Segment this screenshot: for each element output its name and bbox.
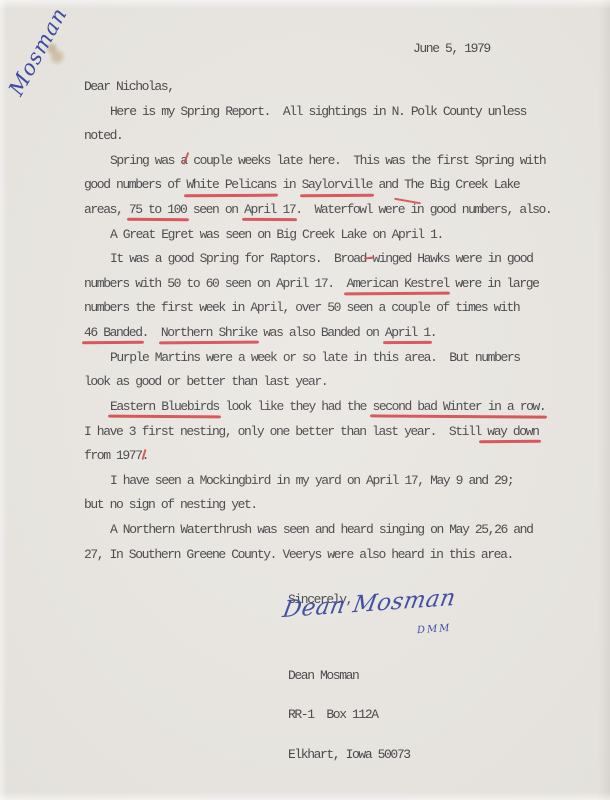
letter-line: A Northern Waterthrush was seen and hear… — [84, 522, 554, 547]
typed-text: were in large — [449, 276, 539, 291]
salutation: Dear Nicholas, — [84, 79, 174, 94]
letter-body: Here is my Spring Report. All sightings … — [84, 104, 554, 572]
typed-text: but no sign of nesting yet. — [84, 497, 257, 512]
typed-text: . — [142, 325, 161, 340]
letter-line: 27, In Southern Greene County. Veerys we… — [84, 547, 554, 572]
letter-line: It was a good Spring for Raptors. Broad-… — [84, 251, 554, 276]
typed-text: noted. — [84, 128, 122, 143]
typed-text: I have seen a Mockingbird in my yard on … — [110, 473, 513, 488]
typed-text: A Great Egret was seen on Big Creek Lake… — [110, 227, 443, 242]
letter-line: 46 Banded. Northern Shrike was also Band… — [84, 325, 554, 350]
red-underlined-text: way down — [481, 424, 539, 439]
sender-address-line1: RR-1 Box 112A — [288, 708, 410, 721]
letter-line: numbers the first week in April, over 50… — [84, 300, 554, 325]
letter-line: numbers with 50 to 60 seen on April 17. … — [84, 276, 554, 301]
typed-text: A Northern Waterthrush was seen and hear… — [110, 522, 532, 537]
red-underlined-text: April 1 — [385, 325, 430, 340]
letter-line: areas, 75 to 100 seen on April 17. Water… — [84, 202, 554, 227]
typed-text: look like they had the — [219, 399, 373, 414]
typed-text: in — [276, 177, 302, 192]
signature-initials: DMM — [417, 623, 452, 636]
typed-text: seen on — [186, 202, 244, 217]
typed-text: couple weeks late here. This was the fir… — [187, 153, 545, 168]
letter-line: look as good or better than last year. — [84, 374, 554, 399]
corner-handwritten-name: Mosman — [4, 3, 72, 99]
letter-line: Spring was a couple weeks late here. Thi… — [84, 153, 554, 178]
typed-text: winged Hawks were in good — [372, 251, 532, 266]
red-underlined-text: American Kestrel — [346, 276, 448, 291]
sender-address-block: Dean Mosman RR-1 Box 112A Elkhart, Iowa … — [288, 642, 410, 788]
sender-name: Dean Mosman — [288, 669, 410, 682]
typed-text: 27, In Southern Greene County. Veerys we… — [84, 547, 513, 562]
letter-line: good numbers of White Pelicans in Saylor… — [84, 177, 554, 202]
letter-line: Purple Martins were a week or so late in… — [84, 350, 554, 375]
letter-line: I have seen a Mockingbird in my yard on … — [84, 473, 554, 498]
letter-line: Eastern Bluebirds look like they had the… — [84, 399, 554, 424]
red-underlined-text: Northern Shrike — [161, 325, 257, 340]
typed-text: Here is my Spring Report. All sightings … — [110, 104, 526, 119]
letter-line: but no sign of nesting yet. — [84, 497, 554, 522]
typed-text: Spring was a — [110, 153, 187, 168]
red-underlined-text: Saylorville — [302, 177, 372, 192]
red-underlined-text: 46 Banded — [84, 325, 142, 340]
typed-text: . Waterfowl were in good numbers, also. — [295, 202, 551, 217]
letter-line: I have 3 first nesting, only one better … — [84, 424, 554, 449]
letter-date: June 5, 1979 — [413, 41, 490, 56]
red-underlined-text: 75 to 100 — [129, 202, 187, 217]
red-underlined-text: April 17 — [244, 202, 295, 217]
letter-line: Here is my Spring Report. All sightings … — [84, 104, 554, 129]
typed-text: numbers with 50 to 60 seen on April 17. — [84, 276, 346, 291]
typed-text: The Big Creek Lake — [398, 177, 520, 192]
sender-address-line2: Elkhart, Iowa 50073 — [288, 748, 410, 761]
typed-text: . — [430, 325, 436, 340]
signature-handwritten: Dean Mosman — [281, 585, 458, 623]
typed-text: I have 3 first nesting, only one better … — [84, 424, 481, 439]
typed-text: and — [372, 177, 398, 192]
typed-text: Purple Martins were a week or so late in… — [110, 350, 520, 365]
typed-text: areas, — [84, 202, 129, 217]
red-underlined-text: White Pelicans — [186, 177, 276, 192]
letter-line: A Great Egret was seen on Big Creek Lake… — [84, 227, 554, 252]
letter-page: Mosman June 5, 1979 Dear Nicholas, Here … — [0, 0, 610, 800]
typed-text: numbers the first week in April, over 50… — [84, 300, 519, 315]
red-underlined-text: Eastern Bluebirds — [110, 399, 219, 414]
red-struck-hyphen: - — [366, 251, 372, 266]
typed-text: from 1977. — [84, 448, 148, 463]
letter-line: from 1977. — [84, 448, 554, 473]
letter-line: noted. — [84, 128, 554, 153]
typed-text: It was a good Spring for Raptors. Broad — [110, 251, 366, 266]
typed-text: was also Banded on — [257, 325, 385, 340]
red-underlined-text: second bad Winter in a row. — [372, 399, 545, 414]
typed-text: good numbers of — [84, 177, 186, 192]
typed-text: look as good or better than last year. — [84, 374, 327, 389]
